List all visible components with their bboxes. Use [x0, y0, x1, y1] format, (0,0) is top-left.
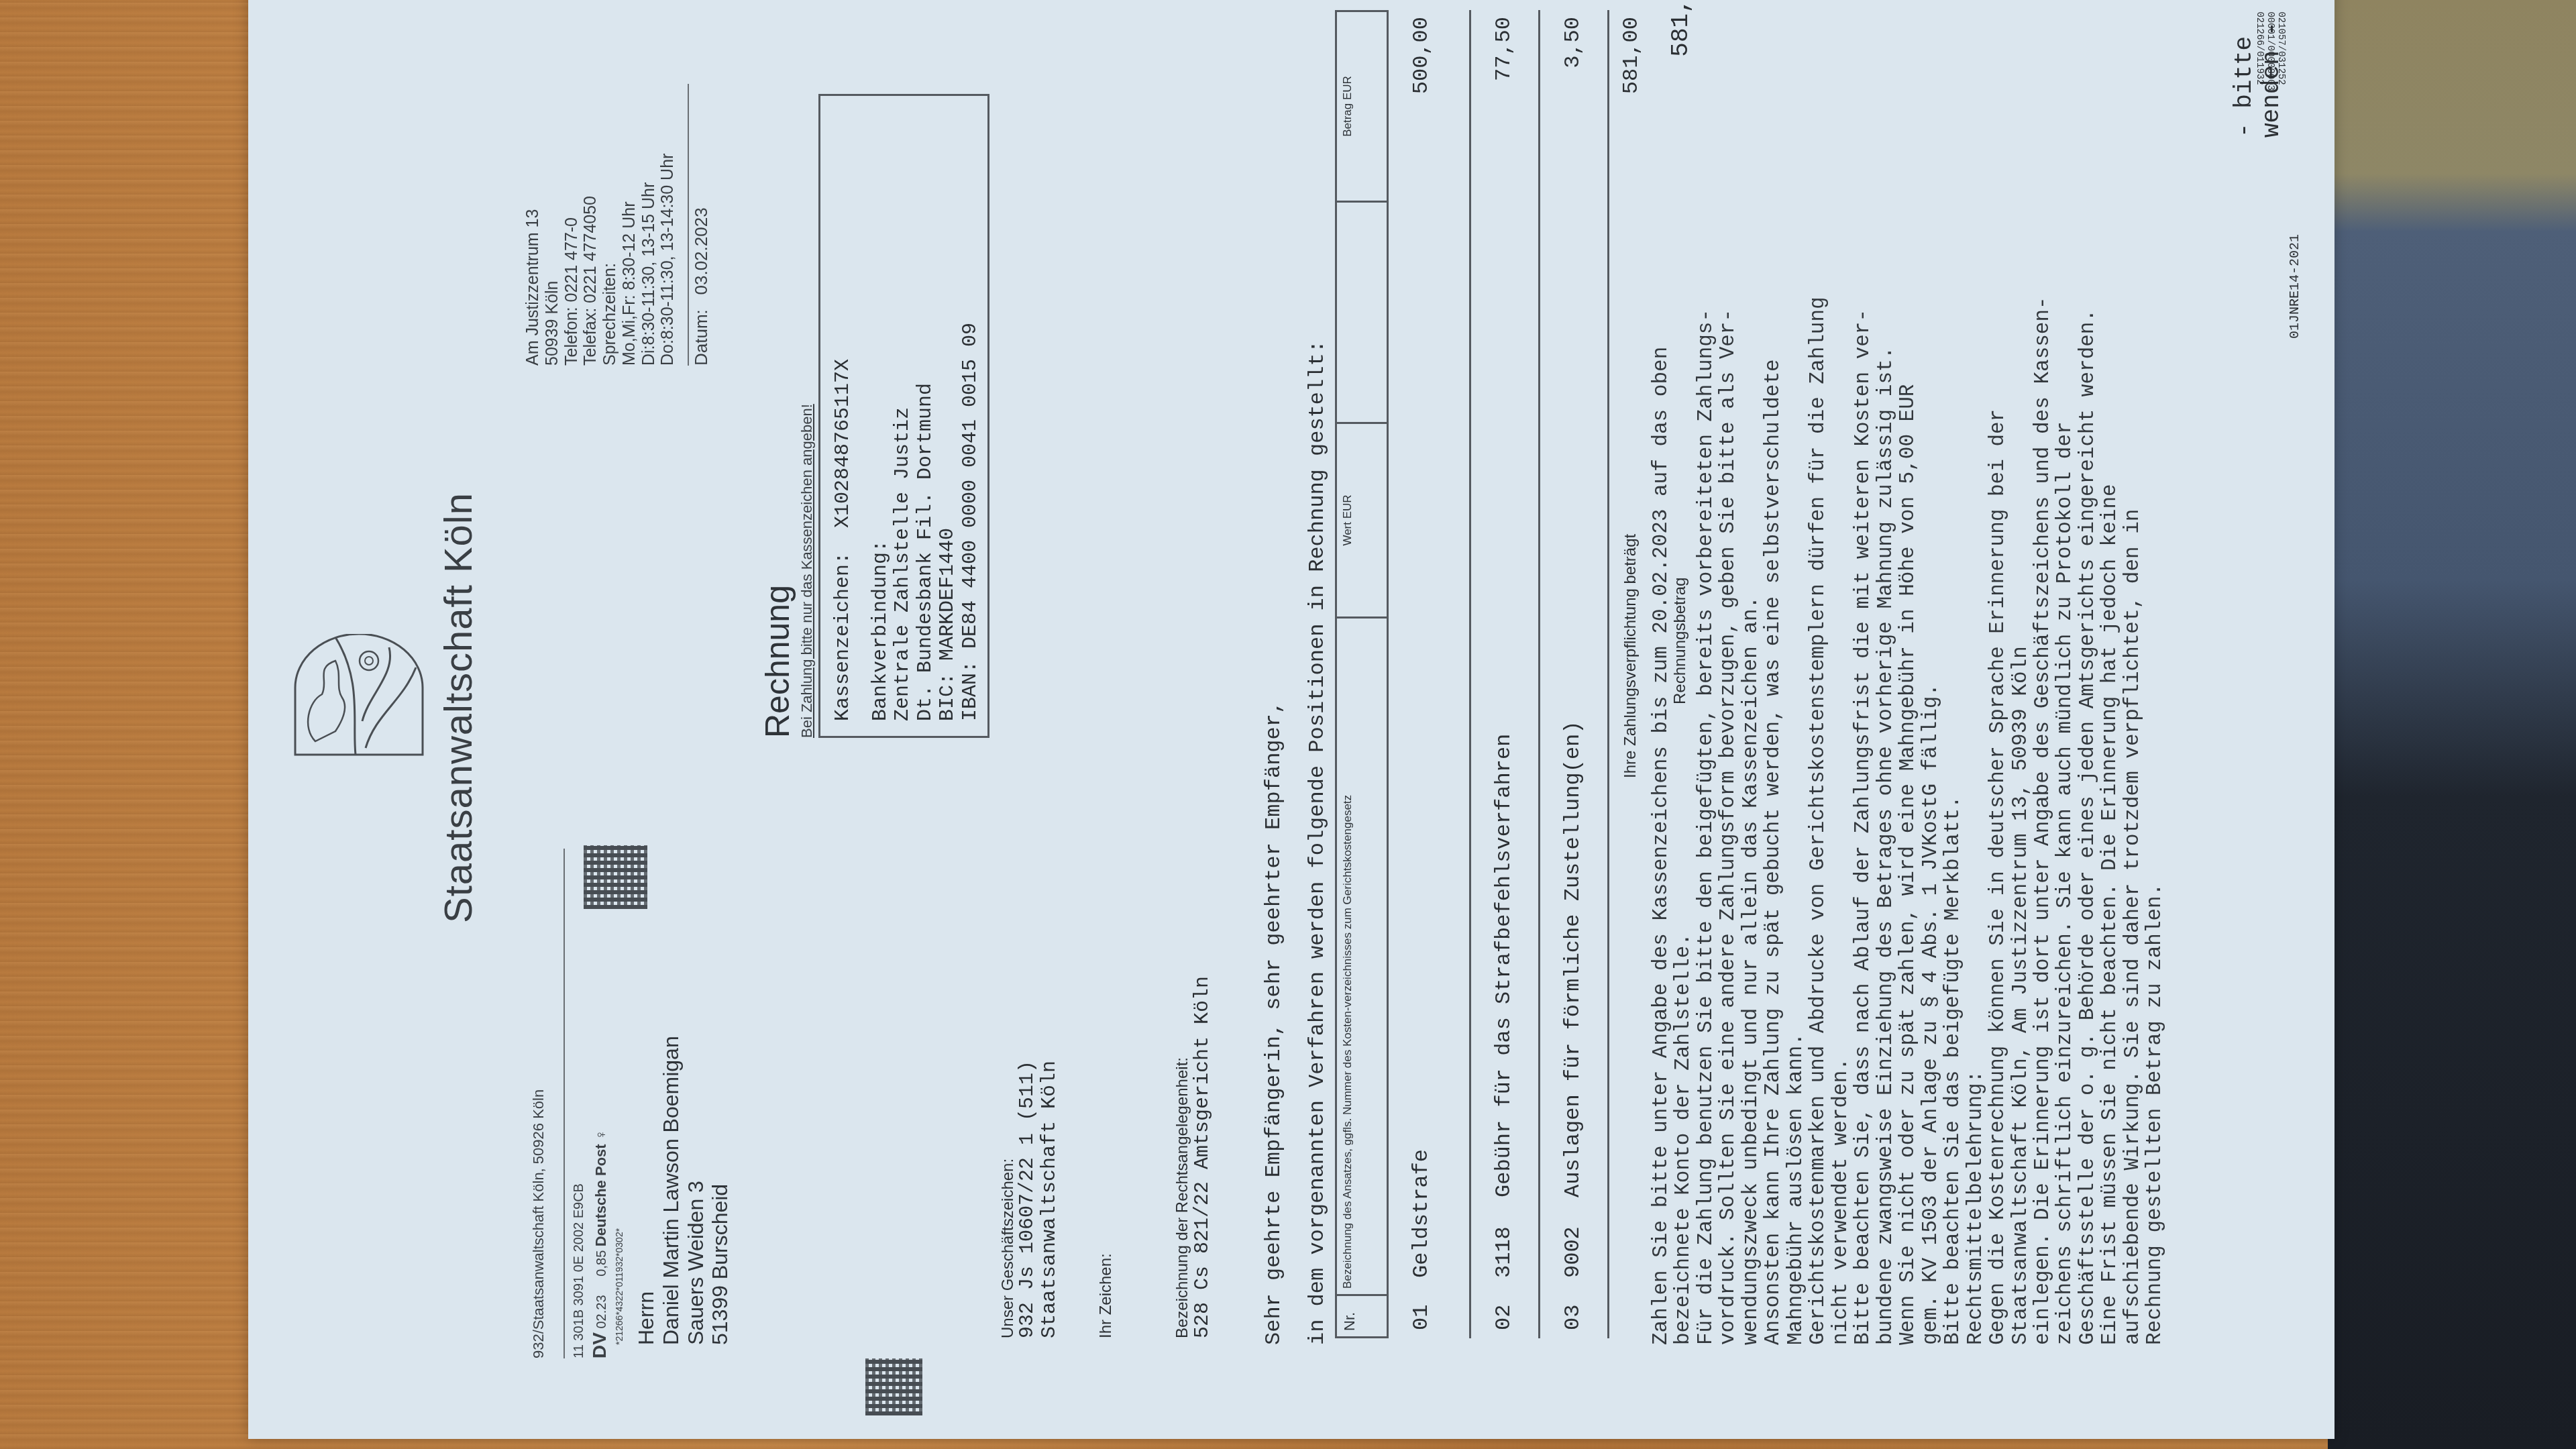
row-description: Geldstrafe	[1409, 1149, 1434, 1278]
row-nr: 03	[1560, 1305, 1585, 1330]
column-header-wert: Wert EUR	[1337, 424, 1387, 619]
row-description: Gebühr für das Strafbefehlsverfahren	[1491, 734, 1516, 1197]
bank-label: Bankverbindung:	[870, 111, 893, 721]
bank-name: Zentrale Zahlstelle Justiz	[892, 111, 915, 721]
iban: IBAN: DE84 4400 0000 0041 0015 09	[960, 111, 983, 721]
intro-text: in dem vorgenannten Verfahren werden fol…	[1305, 340, 1330, 1345]
legal-matter-value: 528 Cs 821/22 Amtsgericht Köln	[1192, 976, 1215, 1338]
table-row: 03 9002 Auslagen für förmliche Zustellun…	[1540, 10, 1609, 1338]
invoice-hint: Bei Zahlung bitte nur das Kassenzeichen …	[798, 404, 816, 738]
body-line: Eine Frist müssen Sie nicht beachten. Di…	[2099, 30, 2121, 1345]
postage-stamp: 11 301B 3091 0E 2002 E9CB DV 02.23 0,85 …	[570, 1129, 612, 1358]
body-line: bundene zwangsweise Einziehung des Betra…	[1875, 30, 1897, 1345]
column-header-nr: Nr.	[1337, 1296, 1387, 1336]
body-line: Staatsanwaltschaft Köln, Am Justizzentru…	[2010, 30, 2032, 1345]
body-line: gem. KV 1503 der Anlage zu § 4 Abs. 1 JV…	[1920, 30, 1942, 1345]
body-line: nicht verwendet werden.	[1830, 30, 1852, 1345]
our-reference-label: Unser Geschäftszeichen:	[1000, 1061, 1017, 1338]
postage-code-line: 11 301B 3091 0E 2002 E9CB	[570, 1129, 588, 1358]
organization-title: Staatsanwaltschaft Köln	[436, 0, 481, 1439]
datamatrix-code-icon	[584, 845, 647, 909]
column-header-description: Bezeichnung des Ansatzes, ggfls. Nummer …	[1337, 619, 1387, 1296]
row-amount: 77,50	[1491, 17, 1516, 81]
legal-matter: Bezeichnung der Rechtsangelegenheit: 528…	[1174, 976, 1214, 1338]
body-line: aufschiebende Wirkung. Sie sind daher tr…	[2122, 30, 2144, 1345]
row-amount: 3,50	[1560, 17, 1585, 68]
row-nr: 02	[1491, 1305, 1516, 1330]
legal-matter-label: Bezeichnung der Rechtsangelegenheit:	[1174, 976, 1192, 1338]
barcode-reference: *21266*4322*011932*0302*	[614, 1228, 625, 1345]
body-line: zeichens schriftlich einzureichen. Sie k…	[2054, 30, 2076, 1345]
recipient-salutation: Herrn	[634, 1036, 659, 1345]
body-line: Gerichtskostenmarken und Abdrucke von Ge…	[1807, 30, 1829, 1345]
tracking-codes: 021057/031252 00001/00000003 021266/0119…	[2254, 11, 2286, 91]
table-row: 02 3118 Gebühr für das Strafbefehlsverfa…	[1471, 10, 1540, 1338]
recipient-street: Sauers Weiden 3	[684, 1036, 708, 1345]
body-line: Bitte beachten Sie, dass nach Ablauf der…	[1852, 30, 1874, 1345]
date-label: Datum:	[691, 309, 711, 366]
payment-obligation-label: Ihre Zahlungsverpflichtung beträgt	[1621, 534, 1640, 778]
kassenzeichen-value: X102848765117X	[832, 359, 855, 528]
date-value: 03.02.2023	[691, 207, 711, 294]
our-reference-line1: 932 Js 10607/22 1 (511)	[1017, 1061, 1039, 1338]
bank-branch: Dt. Bundesbank Fil. Dortmund	[915, 111, 938, 721]
body-line: einlegen. Die Erinnerung ist dort unter …	[2032, 30, 2054, 1345]
recipient-city: 51399 Burscheid	[708, 1036, 733, 1345]
contact-phone: Telefon: 0221 477-0	[562, 154, 582, 366]
datamatrix-code-small-icon	[865, 1358, 922, 1415]
payment-instructions: Zahlen Sie bitte unter Angabe des Kassen…	[1650, 30, 2167, 1345]
payment-obligation-amount: 581,00	[1619, 17, 1644, 94]
postage-dv: DV	[589, 1332, 610, 1358]
row-code: 3118	[1491, 1226, 1516, 1278]
column-header-betrag: Betrag EUR	[1337, 12, 1387, 203]
contact-fax: Telefax: 0221 4774050	[581, 154, 600, 366]
body-line: Mahngebühr auslösen kann.	[1785, 30, 1807, 1345]
office-hours: Mo,Mi,Fr: 8:30-12 Uhr	[620, 154, 639, 366]
greeting: Sehr geehrte Empfängerin, sehr geehrter …	[1261, 701, 1286, 1345]
row-description: Auslagen für förmliche Zustellung(en)	[1560, 720, 1585, 1197]
row-nr: 01	[1409, 1305, 1434, 1330]
row-code: 9002	[1560, 1226, 1585, 1278]
body-line: Ansonsten kann Ihre Zahlung zu spät gebu…	[1762, 30, 1784, 1345]
contact-street: Am Justizzentrum 13	[523, 154, 543, 366]
body-line: Wenn Sie nicht oder zu spät zahlen, wird…	[1897, 30, 1919, 1345]
recipient-address: Herrn Daniel Martin Lawson Boemigan Saue…	[634, 1036, 733, 1345]
row-amount: 500,00	[1409, 17, 1434, 94]
your-reference-label: Ihr Zeichen:	[1097, 1253, 1116, 1338]
letter-date: Datum: 03.02.2023	[691, 207, 712, 366]
column-header-blank	[1337, 203, 1387, 424]
invoice-title: Rechnung	[758, 585, 797, 738]
nrw-coat-of-arms-icon	[288, 634, 429, 761]
deutsche-post-horn-icon: ♀	[592, 1129, 609, 1140]
contact-city: 50939 Köln	[543, 154, 562, 366]
background-surface	[2328, 0, 2576, 1449]
our-reference: Unser Geschäftszeichen: 932 Js 10607/22 …	[1000, 1061, 1061, 1338]
body-line: Geschäftsstelle der o. g. Behörde oder e…	[2077, 30, 2099, 1345]
table-header: Nr. Bezeichnung des Ansatzes, ggfls. Num…	[1335, 10, 1389, 1338]
office-hours: Do:8:30-11:30, 13-14:30 Uhr	[658, 154, 678, 366]
kassenzeichen: Kassenzeichen: X102848765117X	[833, 111, 855, 721]
form-code: 01JNRE14-2021	[2288, 234, 2303, 339]
body-line: bezeichnete Konto der Zahlstelle.	[1672, 30, 1695, 1345]
body-line: wendungszweck unbedingt und nur allein d…	[1740, 30, 1762, 1345]
postage-carrier: Deutsche Post	[592, 1144, 609, 1246]
our-reference-line2: Staatsanwaltschaft Köln	[1039, 1061, 1061, 1338]
table-row: 01 Geldstrafe 500,00	[1389, 10, 1471, 1338]
body-line: Zahlen Sie bitte unter Angabe des Kassen…	[1650, 30, 1672, 1345]
bic: BIC: MARKDEF1440	[937, 111, 960, 721]
contact-block: Am Justizzentrum 13 50939 Köln Telefon: …	[523, 154, 678, 366]
invoice-letter: Staatsanwaltschaft Köln 932/Staatsanwalt…	[248, 0, 2334, 1439]
office-hours: Di:8:30-11:30, 13-15 Uhr	[639, 154, 659, 366]
body-line: Rechtsmittelbelehrung:	[1965, 30, 1987, 1345]
divider	[688, 84, 689, 366]
recipient-name: Daniel Martin Lawson Boemigan	[659, 1036, 684, 1345]
sender-return-line: 932/Staatsanwaltschaft Köln, 50926 Köln	[530, 1089, 547, 1358]
divider	[563, 849, 565, 1358]
office-hours-label: Sprechzeiten:	[600, 154, 620, 366]
body-line: Bitte beachten Sie das beigefügte Merkbl…	[1942, 30, 1964, 1345]
postage-amount: 0,85	[594, 1250, 609, 1277]
kassenzeichen-label: Kassenzeichen:	[832, 552, 855, 721]
body-line: Rechnung gestellten Betrag zu zahlen.	[2144, 30, 2166, 1345]
body-line: vordruck. Sollten Sie eine andere Zahlun…	[1717, 30, 1739, 1345]
body-line: Gegen die Kostenrechnung können Sie in d…	[1987, 30, 2009, 1345]
body-line: Für die Zahlung benutzen Sie bitte den b…	[1695, 30, 1717, 1345]
bank-details-box: Kassenzeichen: X102848765117X Bankverbin…	[818, 94, 989, 738]
postage-date: 02.23	[594, 1295, 609, 1328]
